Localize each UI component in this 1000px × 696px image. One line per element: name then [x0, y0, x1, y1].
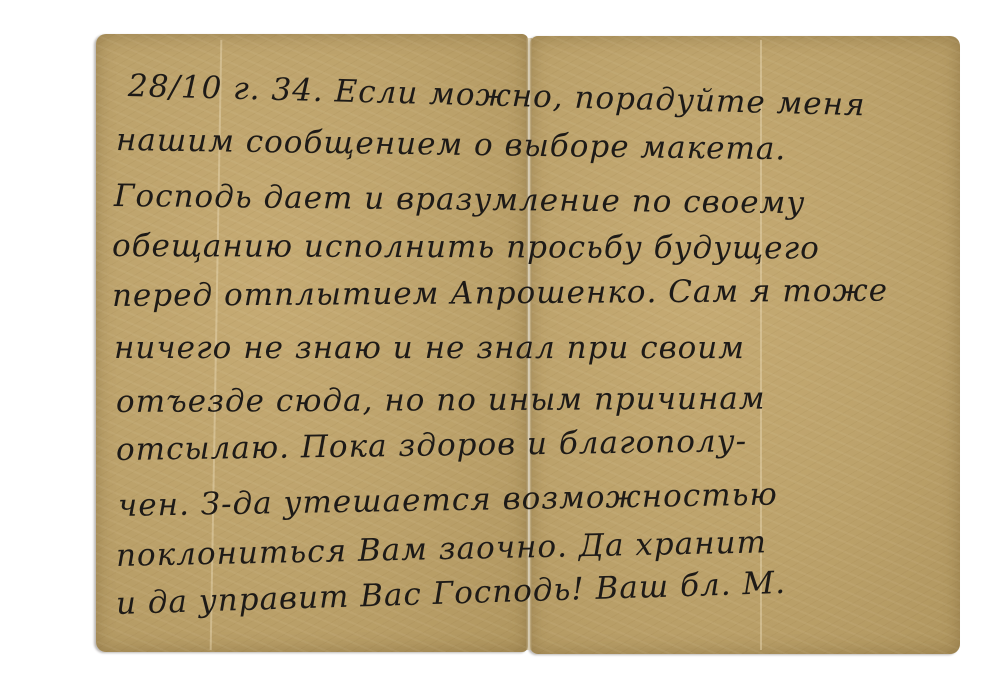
text-line: обещанию исполнить просьбу будущего: [112, 228, 820, 266]
text-line: Господь дает и вразумление по своему: [114, 178, 806, 221]
text-line: отъезде сюда, но по иным причинам: [116, 381, 766, 420]
text-line: перед отплытием Апрошенко. Сам я тоже: [112, 273, 888, 314]
text-line: ничего не знаю и не знал при своим: [114, 330, 745, 366]
